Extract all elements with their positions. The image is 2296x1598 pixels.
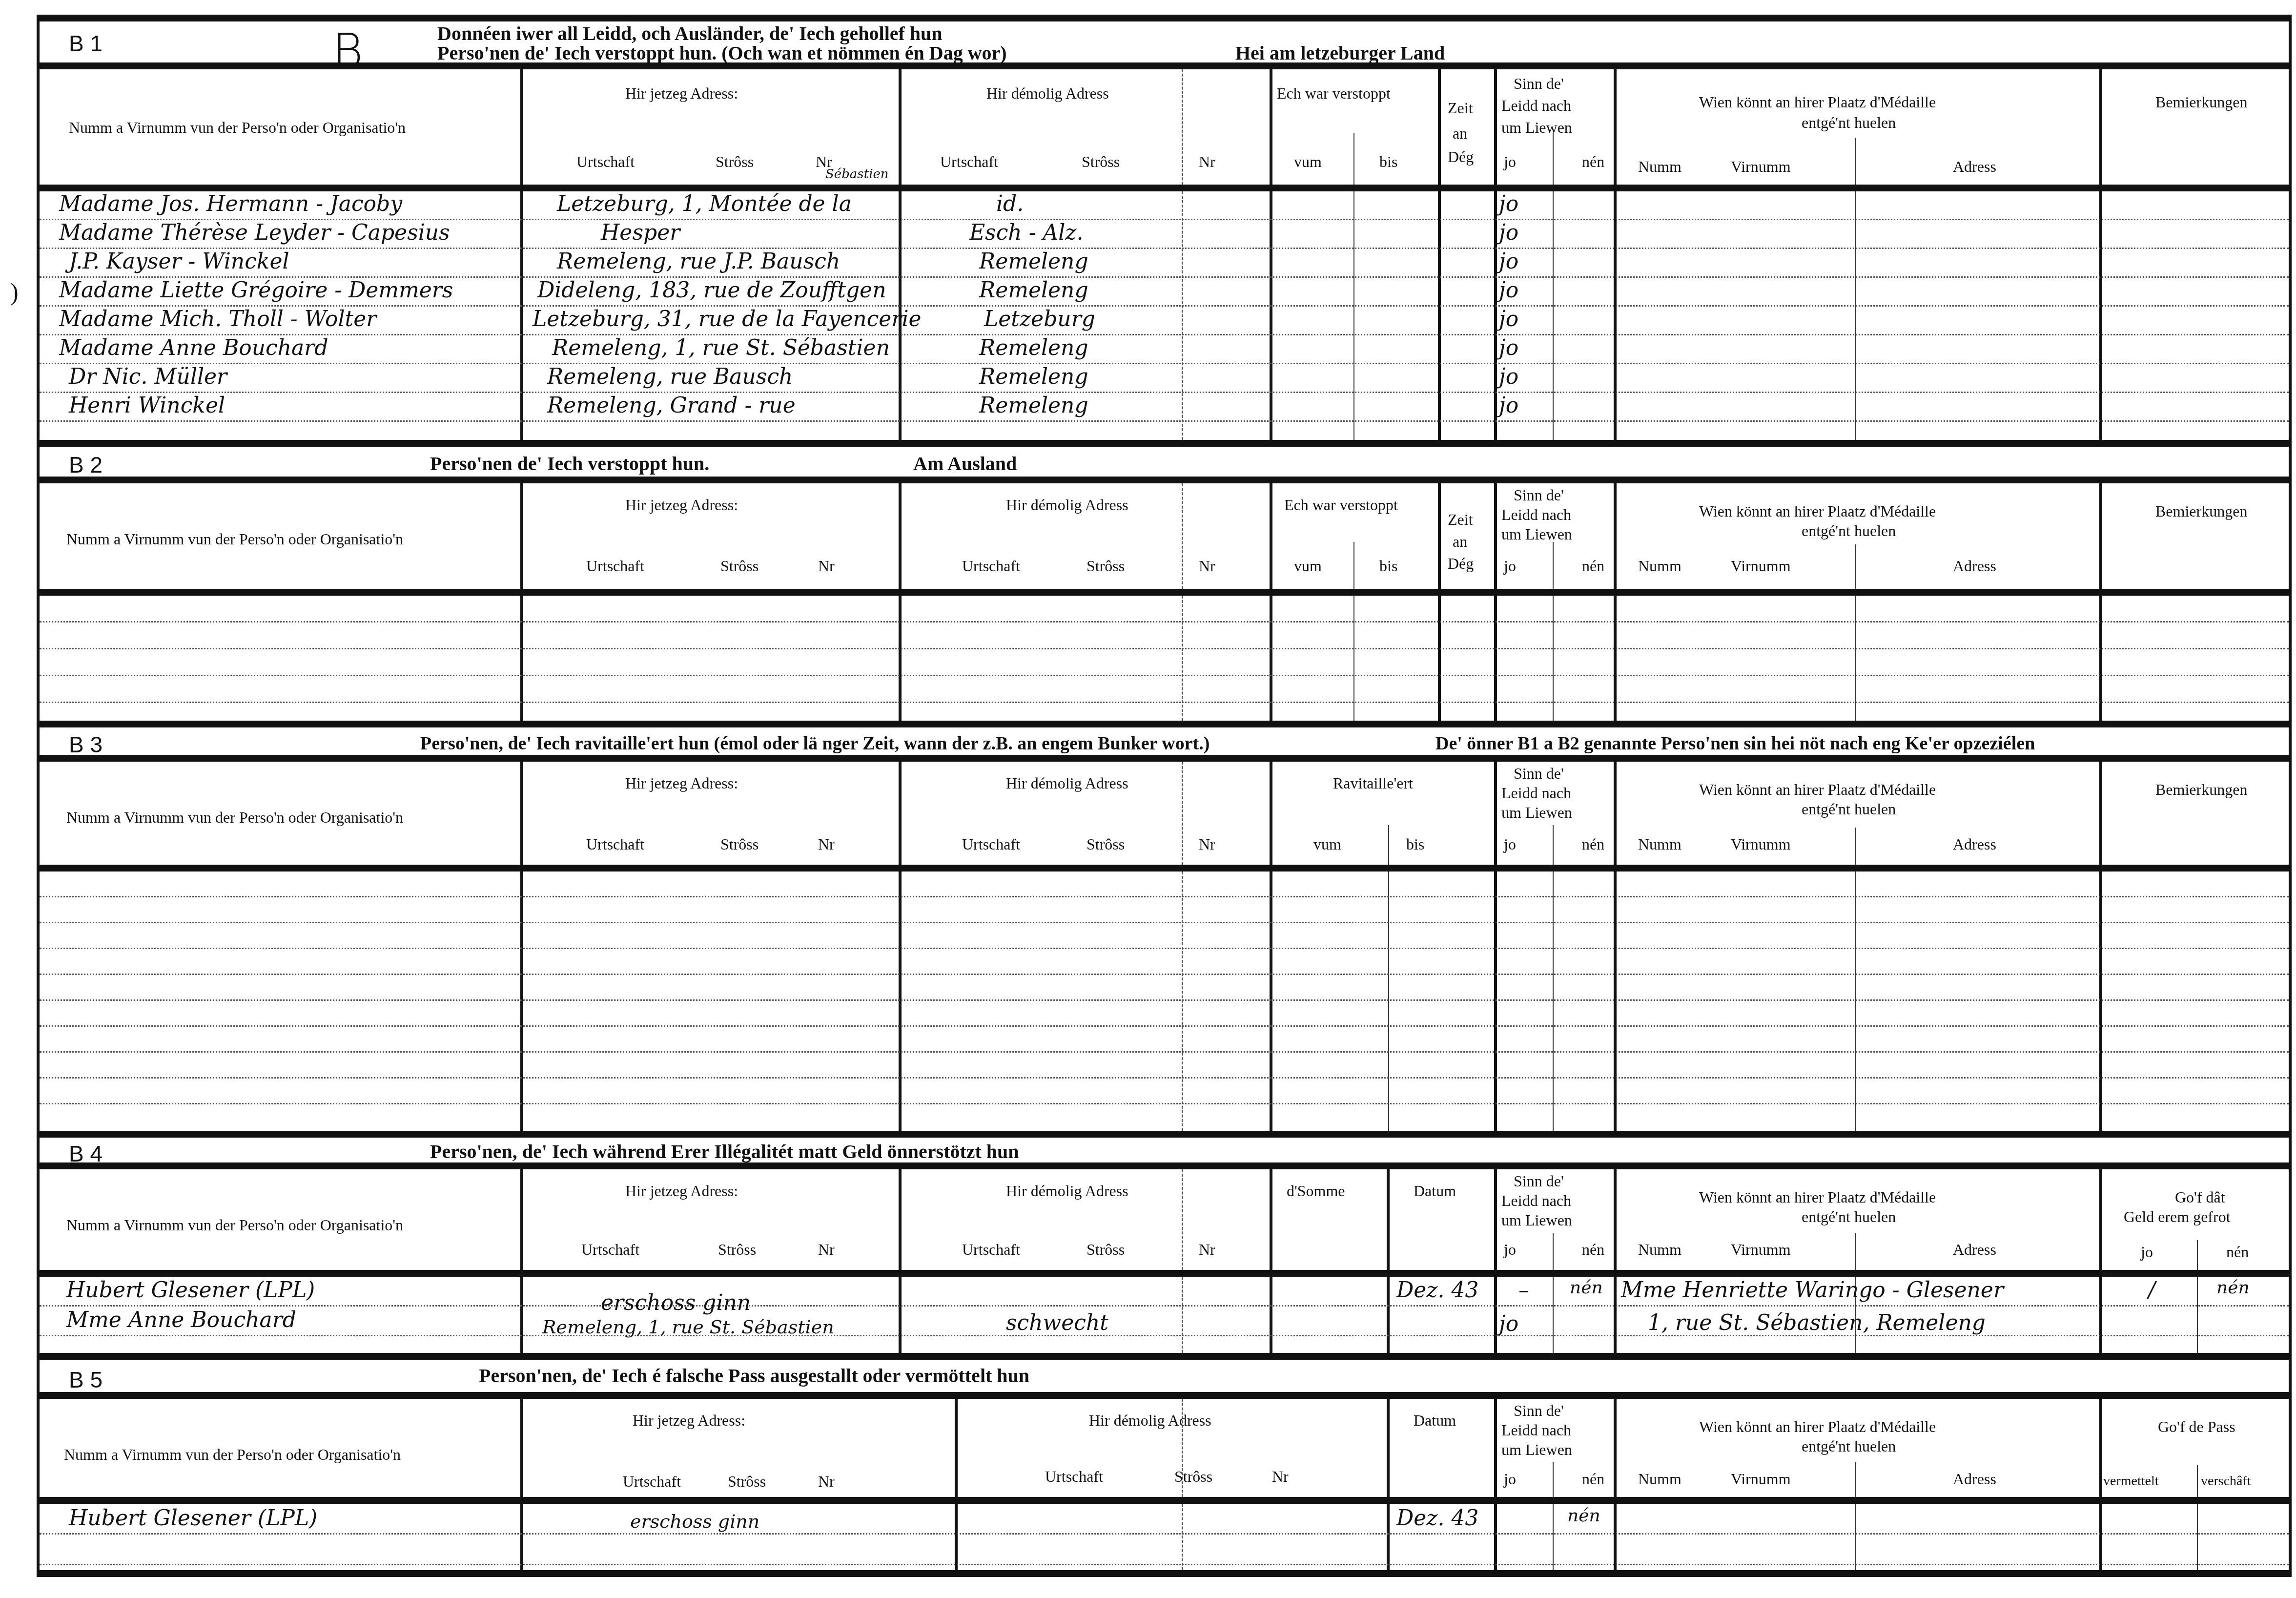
table-row: Dr Nic. Müller Remeleng, rue Bausch Reme… <box>40 364 2289 393</box>
gof-nen-cell: nén <box>2216 1278 2250 1298</box>
header-zeit: Zeit <box>1448 510 1473 529</box>
section-title: Perso'nen, de' Iech ravitaille'ert hun (… <box>420 732 1209 755</box>
section-note: De' önner B1 a B2 genannte Perso'nen sin… <box>1435 732 2035 755</box>
name-cell: Mme Anne Bouchard <box>66 1307 296 1332</box>
column-header: Numm a Virnumm vun der Perso'n oder Orga… <box>40 1169 2289 1277</box>
header-sinn-2: Leidd nach <box>1501 505 1571 524</box>
header-jetzeg-adress: Hir jetzeg Adress: <box>633 1411 745 1430</box>
header-nen: nén <box>1582 1470 1604 1488</box>
table-row: Henri Winckel Remeleng, Grand - rue Reme… <box>40 393 2289 422</box>
header-nr: Nr <box>1199 1240 1215 1259</box>
jetzeg-cell: Remeleng, rue Bausch <box>547 364 793 389</box>
bracket-mark: ) <box>10 278 19 306</box>
header-wien-2: entgé'nt huelen <box>1802 1207 1896 1226</box>
header-sinn-3: um Liewen <box>1501 803 1572 822</box>
header-wien-1: Wien könnt an hirer Plaatz d'Médaille <box>1699 780 1936 799</box>
header-an: an <box>1453 124 1467 143</box>
section-b3: B 3 Perso'nen, de' Iech ravitaille'ert h… <box>40 727 2289 1138</box>
header-adress: Adress <box>1953 1240 1996 1259</box>
header-vum: vum <box>1294 557 1322 575</box>
header-gof-geld-1: Go'f dât <box>2175 1188 2225 1206</box>
name-cell: Madame Liette Grégoire - Demmers <box>59 278 453 303</box>
table-row <box>40 596 2289 623</box>
table-row <box>40 623 2289 649</box>
header-demolig-adress: Hir démolig Adress <box>1006 496 1128 514</box>
jetzeg-cell: Remeleng, rue J.P. Bausch <box>557 249 840 274</box>
header-virnumm: Virnumm <box>1731 1240 1791 1259</box>
demolig-cell: Remeleng <box>979 249 1088 274</box>
section-location: Am Ausland <box>913 453 1017 475</box>
header-nr: Nr <box>818 557 835 575</box>
table-row: Madame Thérèse Leyder - Capesius Hesper … <box>40 220 2289 249</box>
demolig-cell: schwecht <box>1006 1310 1108 1335</box>
header-name: Numm a Virnumm vun der Perso'n oder Orga… <box>66 808 403 827</box>
header-bis: bis <box>1379 152 1397 171</box>
header-deg: Dég <box>1448 147 1474 166</box>
section-b5: B 5 Person'nen, de' Iech é falsche Pass … <box>40 1360 2289 1577</box>
header-adress: Adress <box>1953 835 1996 853</box>
header-wien-2: entgé'nt huelen <box>1802 113 1896 132</box>
b4-data: Hubert Glesener (LPL) erschoss ginn Dez.… <box>40 1277 2289 1360</box>
header-somme: d'Somme <box>1287 1182 1345 1200</box>
table-row: J.P. Kayser - Winckel Remeleng, rue J.P.… <box>40 249 2289 278</box>
jo-cell: jo <box>1499 191 1518 216</box>
section-b1-title-bar: B 1 B. Donnéen iwer all Leidd, och Auslä… <box>40 15 2289 69</box>
name-cell: Hubert Glesener (LPL) <box>66 1278 315 1303</box>
header-urtschaft: Urtschaft <box>576 152 635 171</box>
nen-cell: nén <box>1570 1278 1603 1298</box>
header-jetzeg-adress: Hir jetzeg Adress: <box>625 496 738 514</box>
header-nen: nén <box>1582 152 1604 171</box>
header-urtschaft: Urtschaft <box>581 1240 639 1259</box>
jetzeg-cell: Letzeburg, 1, Montée de la <box>557 191 852 216</box>
header-deg: Dég <box>1448 554 1474 573</box>
header-urtschaft: Urtschaft <box>962 557 1020 575</box>
header-sinn-3: um Liewen <box>1501 1211 1572 1229</box>
header-name: Numm a Virnumm vun der Perso'n oder Orga… <box>66 1216 403 1234</box>
header-verstoppt: Ech war verstoppt <box>1277 84 1391 103</box>
header-verstoppt: Ech war verstoppt <box>1284 496 1398 514</box>
header-stross: Strôss <box>1086 557 1125 575</box>
table-row <box>40 975 2289 1001</box>
table-row <box>40 923 2289 949</box>
header-name: Numm a Virnumm vun der Perso'n oder Orga… <box>64 1445 401 1464</box>
header-urtschaft: Urtschaft <box>962 835 1020 853</box>
header-urtschaft: Urtschaft <box>940 152 998 171</box>
section-id: B 2 <box>69 452 102 478</box>
header-stross: Strôss <box>1086 835 1125 853</box>
header-nen: nén <box>1582 557 1604 575</box>
header-nen: nén <box>1582 835 1604 853</box>
header-virnumm: Virnumm <box>1731 1470 1791 1488</box>
header-urtschaft: Urtschaft <box>1045 1467 1103 1486</box>
column-header: Numm a Virnumm vun der Perso'n oder Orga… <box>40 69 2289 191</box>
header-numm: Numm <box>1638 157 1681 176</box>
table-row <box>40 649 2289 676</box>
table-row <box>40 1027 2289 1053</box>
jetzeg-cell: erschoss ginn <box>630 1511 759 1532</box>
demolig-cell: Remeleng <box>979 364 1088 389</box>
header-adress: Adress <box>1953 157 1996 176</box>
header-jo: jo <box>1504 152 1516 171</box>
table-row <box>40 1001 2289 1027</box>
header-stross: Strôss <box>718 1240 756 1259</box>
jo-cell: jo <box>1499 278 1518 303</box>
table-row <box>40 1053 2289 1079</box>
section-b1: B 1 B. Donnéen iwer all Leidd, och Auslä… <box>40 15 2289 447</box>
section-title: Perso'nen de' Iech verstoppt hun. <box>430 453 709 475</box>
table-row <box>40 872 2289 897</box>
header-sinn-2: Leidd nach <box>1501 96 1571 115</box>
section-b4-title-bar: B 4 Perso'nen, de' Iech während Erer Ill… <box>40 1138 2289 1169</box>
header-jetzeg-adress: Hir jetzeg Adress: <box>625 774 738 792</box>
header-vum: vum <box>1313 835 1341 853</box>
header-jetzeg-adress: Hir jetzeg Adress: <box>625 1182 738 1200</box>
column-header: Numm a Virnumm vun der Perso'n oder Orga… <box>40 762 2289 872</box>
section-id: B 1 <box>69 30 102 57</box>
header-bis: bis <box>1406 835 1424 853</box>
b3-data <box>40 872 2289 1138</box>
header-wien-1: Wien könnt an hirer Plaatz d'Médaille <box>1699 502 1936 520</box>
demolig-cell: Remeleng <box>979 393 1088 418</box>
header-sinn-1: Sinn de' <box>1514 486 1564 504</box>
section-b2: B 2 Perso'nen de' Iech verstoppt hun. Am… <box>40 447 2289 727</box>
column-header: Numm a Virnumm vun der Perso'n oder Orga… <box>40 1399 2289 1504</box>
header-nr: Nr <box>1272 1467 1289 1486</box>
header-nr: Nr <box>818 1240 835 1259</box>
demolig-cell: Remeleng <box>979 335 1088 360</box>
header-stross: Strôss <box>720 557 758 575</box>
jetzeg-cell: Remeleng, Grand - rue <box>547 393 796 418</box>
section-id: B 3 <box>69 731 102 758</box>
header-sinn-1: Sinn de' <box>1514 74 1564 93</box>
header-demolig-adress: Hir démolig Adress <box>1006 1182 1128 1200</box>
table-row <box>40 676 2289 703</box>
header-datum: Datum <box>1414 1182 1456 1200</box>
header-urtschaft: Urtschaft <box>623 1472 681 1491</box>
header-wien-2: entgé'nt huelen <box>1802 521 1896 540</box>
header-sinn-2: Leidd nach <box>1501 784 1571 802</box>
section-b4: B 4 Perso'nen, de' Iech während Erer Ill… <box>40 1138 2289 1360</box>
header-jo: jo <box>1504 835 1516 853</box>
jetzeg-cell: Remeleng, 1, rue St. Sébastien <box>542 1316 834 1338</box>
header-stross: Strôss <box>720 835 758 853</box>
header-bemierkungen: Bemierkungen <box>2155 502 2247 520</box>
header-demolig-adress: Hir démolig Adress <box>986 84 1109 103</box>
header-sinn-1: Sinn de' <box>1514 1172 1564 1190</box>
header-name: Numm a Virnumm vun der Perso'n oder Orga… <box>66 530 403 548</box>
header-wien-1: Wien könnt an hirer Plaatz d'Médaille <box>1699 1417 1936 1436</box>
section-id: B 4 <box>69 1141 102 1167</box>
header-nr: Nr <box>1199 152 1215 171</box>
nen-cell: nén <box>1567 1506 1600 1526</box>
header-numm: Numm <box>1638 1240 1681 1259</box>
table-row: Hubert Glesener (LPL) erschoss ginn Dez.… <box>40 1504 2289 1535</box>
name-cell: Dr Nic. Müller <box>69 364 227 389</box>
header-nr: Nr <box>818 835 835 853</box>
header-jo: jo <box>1504 1470 1516 1488</box>
header-nen: nén <box>2226 1243 2249 1261</box>
header-adress: Adress <box>1953 1470 1996 1488</box>
section-title-line2: Perso'nen de' Iech verstoppt hun. (Och w… <box>437 42 1007 64</box>
table-row: Mme Anne Bouchard Remeleng, 1, rue St. S… <box>40 1307 2289 1336</box>
section-title: Person'nen, de' Iech é falsche Pass ausg… <box>479 1365 1029 1387</box>
medal-name-cell: Mme Henriette Waringo - Glesener <box>1621 1278 2004 1303</box>
header-sinn-2: Leidd nach <box>1501 1191 1571 1210</box>
datum-cell: Dez. 43 <box>1396 1506 1478 1531</box>
name-cell: Madame Thérèse Leyder - Capesius <box>59 220 450 245</box>
header-vermettelt: vermettelt <box>2103 1472 2159 1491</box>
header-wien-1: Wien könnt an hirer Plaatz d'Médaille <box>1699 93 1936 111</box>
table-row <box>40 897 2289 923</box>
header-stross: Strôss <box>728 1472 766 1491</box>
section-id: B 5 <box>69 1367 102 1393</box>
demolig-cell: Esch - Alz. <box>969 220 1084 245</box>
section-b2-title-bar: B 2 Perso'nen de' Iech verstoppt hun. Am… <box>40 447 2289 483</box>
jo-cell: jo <box>1499 249 1518 274</box>
jetzeg-cell: Hesper <box>601 220 680 245</box>
demolig-cell: id. <box>996 191 1024 216</box>
table-row <box>40 1535 2289 1565</box>
jo-cell: jo <box>1499 1311 1518 1336</box>
b5-data: Hubert Glesener (LPL) erschoss ginn Dez.… <box>40 1504 2289 1577</box>
jo-cell: jo <box>1499 220 1518 245</box>
name-cell: J.P. Kayser - Winckel <box>69 249 289 274</box>
header-stross: Strôss <box>1082 152 1120 171</box>
header-wien-1: Wien könnt an hirer Plaatz d'Médaille <box>1699 1188 1936 1206</box>
header-jetzeg-adress: Hir jetzeg Adress: <box>625 84 738 103</box>
header-sinn-3: um Liewen <box>1501 525 1572 543</box>
gof-jo-cell: / <box>2148 1278 2155 1303</box>
demolig-cell: Letzeburg <box>984 307 1095 332</box>
medal-address-cell: 1, rue St. Sébastien, Remeleng <box>1648 1310 1986 1335</box>
header-virnumm: Virnumm <box>1731 157 1791 176</box>
header-datum: Datum <box>1414 1411 1456 1430</box>
header-bis: bis <box>1379 557 1397 575</box>
name-cell: Hubert Glesener (LPL) <box>69 1506 317 1531</box>
header-virnumm: Virnumm <box>1731 835 1791 853</box>
name-cell: Madame Jos. Hermann - Jacoby <box>59 191 402 216</box>
b1-data: Madame Jos. Hermann - Jacoby Letzeburg, … <box>40 191 2289 447</box>
section-location: Hei am letzeburger Land <box>1235 42 1445 64</box>
form-page: B 1 B. Donnéen iwer all Leidd, och Auslä… <box>37 15 2292 1577</box>
header-wien-2: entgé'nt huelen <box>1802 1437 1896 1455</box>
header-demolig-adress: Hir démolig Adress <box>1089 1411 1211 1430</box>
header-numm: Numm <box>1638 557 1681 575</box>
b2-data <box>40 596 2289 727</box>
section-title: Perso'nen, de' Iech während Erer Illégal… <box>430 1141 1019 1163</box>
table-row: Madame Anne Bouchard Remeleng, 1, rue St… <box>40 335 2289 364</box>
header-stross: Strôss <box>1174 1467 1212 1486</box>
header-urtschaft: Urtschaft <box>586 835 644 853</box>
header-gof-geld-2: Geld erem gefrot <box>2124 1207 2231 1226</box>
section-b3-title-bar: B 3 Perso'nen, de' Iech ravitaille'ert h… <box>40 727 2289 762</box>
header-adress: Adress <box>1953 557 1996 575</box>
header-jo: jo <box>1504 557 1516 575</box>
header-vum: vum <box>1294 152 1322 171</box>
header-urtschaft: Urtschaft <box>586 557 644 575</box>
jetzeg-cell: Letzeburg, 31, rue de la Fayencerie <box>533 307 922 332</box>
table-row <box>40 949 2289 975</box>
header-nr: Nr <box>818 1472 835 1491</box>
table-row: ) Madame Liette Grégoire - Demmers Didel… <box>40 278 2289 307</box>
table-row: Madame Jos. Hermann - Jacoby Letzeburg, … <box>40 191 2289 220</box>
table-row <box>40 1079 2289 1104</box>
header-demolig-adress: Hir démolig Adress <box>1006 774 1128 792</box>
header-nr: Nr <box>1199 557 1215 575</box>
header-stross: Strôss <box>1086 1240 1125 1259</box>
jo-cell: jo <box>1499 335 1518 360</box>
header-sinn-1: Sinn de' <box>1514 764 1564 783</box>
header-virnumm: Virnumm <box>1731 557 1791 575</box>
table-row: Hubert Glesener (LPL) erschoss ginn Dez.… <box>40 1277 2289 1307</box>
header-stross: Strôss <box>716 152 754 171</box>
header-sinn-2: Leidd nach <box>1501 1421 1571 1439</box>
header-sinn-3: um Liewen <box>1501 1440 1572 1459</box>
header-bemierkungen: Bemierkungen <box>2155 780 2247 799</box>
header-jo: jo <box>2141 1243 2153 1261</box>
jo-cell: jo <box>1499 393 1518 418</box>
header-verschaft: verschâft <box>2201 1472 2251 1491</box>
jetzeg-cell: Remeleng, 1, rue St. Sébastien <box>552 335 890 360</box>
header-sinn-3: um Liewen <box>1501 118 1572 137</box>
header-numm: Numm <box>1638 1470 1681 1488</box>
section-b5-title-bar: B 5 Person'nen, de' Iech é falsche Pass … <box>40 1360 2289 1399</box>
header-nr: Nr <box>1199 835 1215 853</box>
header-zeit: Zeit <box>1448 99 1473 117</box>
handwritten-nr-note: Sébastien <box>825 167 889 182</box>
name-cell: Madame Anne Bouchard <box>59 335 328 360</box>
name-cell: Henri Winckel <box>69 393 225 418</box>
header-bemierkungen: Bemierkungen <box>2155 93 2247 111</box>
header-an: an <box>1453 532 1467 551</box>
column-header: Numm a Virnumm vun der Perso'n oder Orga… <box>40 483 2289 596</box>
header-gof-pass: Go'f de Pass <box>2158 1417 2235 1436</box>
jo-cell: jo <box>1499 364 1518 389</box>
header-urtschaft: Urtschaft <box>962 1240 1020 1259</box>
header-numm: Numm <box>1638 835 1681 853</box>
jo-cell: jo <box>1499 307 1518 332</box>
header-jo: jo <box>1504 1240 1516 1259</box>
datum-cell: Dez. 43 <box>1396 1278 1478 1303</box>
table-row: Madame Mich. Tholl - Wolter Letzeburg, 3… <box>40 307 2289 335</box>
header-wien-2: entgé'nt huelen <box>1802 800 1896 818</box>
demolig-cell: Remeleng <box>979 278 1088 303</box>
jetzeg-cell: Dideleng, 183, rue de Zoufftgen <box>537 278 886 303</box>
header-sinn-1: Sinn de' <box>1514 1401 1564 1420</box>
header-nen: nén <box>1582 1240 1604 1259</box>
header-name: Numm a Virnumm vun der Perso'n oder Orga… <box>69 118 406 137</box>
jo-cell: – <box>1518 1278 1529 1303</box>
header-ravitailleert: Ravitaille'ert <box>1333 774 1413 792</box>
name-cell: Madame Mich. Tholl - Wolter <box>59 307 376 332</box>
